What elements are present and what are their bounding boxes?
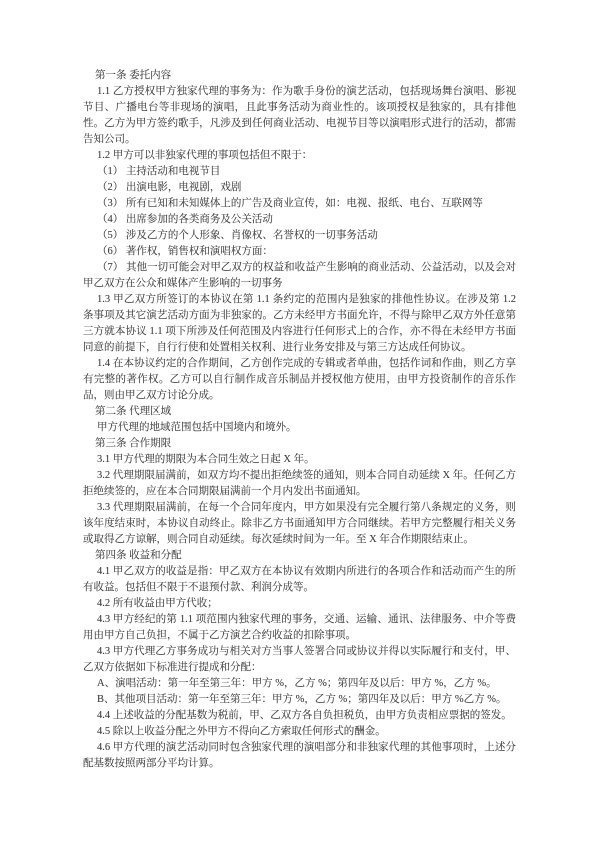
list-item: B、其他项目活动：第一年至第三年：甲方 %，乙方 %；第四年及以后：甲方 %乙方… [83, 692, 516, 708]
clause-paragraph: 4.3 甲方经纪的第 1.1 项范围内独家代理的事务，交通、运输、通讯、法律服务… [83, 612, 516, 644]
article-heading: 第三条 合作期限 [83, 436, 516, 452]
list-item: （7） 其他一切可能会对甲乙双方的权益和收益产生影响的商业活动、公益活动，以及会… [83, 260, 516, 292]
article-heading: 第二条 代理区域 [83, 404, 516, 420]
list-item: （2） 出演电影，电视剧，戏剧 [83, 180, 516, 196]
clause-paragraph: 4.2 所有收益由甲方代收； [83, 596, 516, 612]
clause-paragraph: 4.6 甲方代理的演艺活动同时包含独家代理的演唱部分和非独家代理的其他事项时，上… [83, 740, 516, 772]
clause-paragraph: 3.3 代理期限届满前，在每一个合同年度内，甲方如果没有完全履行第八条规定的义务… [83, 500, 516, 548]
clause-paragraph: 4.5 除以上收益分配之外甲方不得向乙方索取任何形式的酬金。 [83, 724, 516, 740]
list-item: （4） 出席参加的各类商务及公关活动 [83, 212, 516, 228]
clause-paragraph: 1.1 乙方授权甲方独家代理的事务为：作为歌手身份的演艺活动，包括现场舞台演唱、… [83, 84, 516, 148]
list-item: （1） 主持活动和电视节目 [83, 164, 516, 180]
clause-paragraph: 1.3 甲乙双方所签订的本协议在第 1.1 条约定的范围内是独家的排他性协议。在… [83, 292, 516, 356]
list-item: （3） 所有已知和未知媒体上的广告及商业宣传，如：电视、报纸、电台、互联网等 [83, 196, 516, 212]
clause-paragraph: 3.2 代理期限届满前，如双方均不提出拒绝续签的通知，则本合同自动延续 X 年。… [83, 468, 516, 500]
clause-paragraph: 1.4 在本协议约定的合作期间，乙方创作完成的专辑或者单曲，包括作词和作曲，则乙… [83, 356, 516, 404]
clause-paragraph: 3.1 甲方代理的期限为本合同生效之日起 X 年。 [83, 452, 516, 468]
clause-paragraph: 4.4 上述收益的分配基数为税前，甲、乙双方各自负担税负，由甲方负责相应票据的签… [83, 708, 516, 724]
list-item: （6） 著作权，销售权和演唱权方面： [83, 244, 516, 260]
clause-paragraph: 1.2 甲方可以非独家代理的事项包括但不限于： [83, 148, 516, 164]
clause-paragraph: 甲方代理的地域范围包括中国境内和境外。 [83, 420, 516, 436]
list-item: （5） 涉及乙方的个人形象、肖像权、名誉权的一切事务活动 [83, 228, 516, 244]
article-heading: 第四条 收益和分配 [83, 548, 516, 564]
clause-paragraph: 4.1 甲乙双方的收益是指：甲乙双方在本协议有效期内所进行的各项合作和活动而产生… [83, 564, 516, 596]
clause-paragraph: 4.3 甲方代理乙方事务成功与相关对方当事人签署合同或协议并得以实际履行和支付，… [83, 644, 516, 676]
article-heading: 第一条 委托内容 [83, 68, 516, 84]
scanned-contract-page: 第一条 委托内容1.1 乙方授权甲方独家代理的事务为：作为歌手身份的演艺活动，包… [0, 0, 600, 849]
contract-text-block: 第一条 委托内容1.1 乙方授权甲方独家代理的事务为：作为歌手身份的演艺活动，包… [83, 68, 516, 772]
list-item: A、演唱活动：第一年至第三年：甲方 %，乙方 %；第四年及以后：甲方 %，乙方 … [83, 676, 516, 692]
